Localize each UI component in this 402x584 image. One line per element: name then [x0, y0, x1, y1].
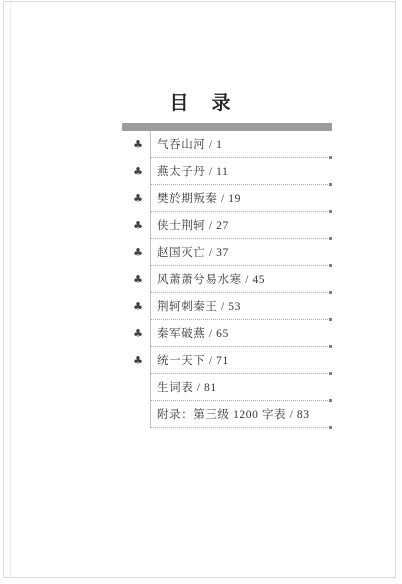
toc-entry-text: 气吞山河 / 1: [157, 131, 330, 158]
leader-end-dot: [329, 426, 332, 429]
club-bullet-icon: ♣: [130, 131, 146, 158]
club-bullet-icon: ♣: [130, 347, 146, 374]
toc-entry-text: 侠士荆轲 / 27: [157, 212, 330, 239]
club-bullet-icon: ♣: [130, 239, 146, 266]
toc-entry-text: 生词表 / 81: [157, 374, 330, 401]
page-title: 目 录: [0, 92, 402, 116]
toc-entry: ♣ 燕太子丹 / 11: [122, 158, 332, 185]
club-bullet-icon: ♣: [130, 212, 146, 239]
toc-entry: ♣ 风萧萧兮易水寒 / 45: [122, 266, 332, 293]
toc-entry-text: 燕太子丹 / 11: [157, 158, 330, 185]
toc-entry: ♣ 气吞山河 / 1: [122, 131, 332, 158]
toc-entry: 附录：第三级 1200 字表 / 83: [122, 401, 332, 428]
toc-entry-text: 附录：第三级 1200 字表 / 83: [157, 401, 330, 428]
toc-entry: ♣ 统一天下 / 71: [122, 347, 332, 374]
toc-entry: ♣ 荆轲刺秦王 / 53: [122, 293, 332, 320]
title-underline-bar: [122, 123, 332, 131]
toc-entry: ♣ 侠士荆轲 / 27: [122, 212, 332, 239]
scanned-page: 目 录 ♣ 气吞山河 / 1 ♣ 燕太子丹 / 11 ♣ 樊於期叛秦 / 19 …: [0, 0, 402, 584]
toc-entry-text: 樊於期叛秦 / 19: [157, 185, 330, 212]
club-bullet-icon: ♣: [130, 185, 146, 212]
toc-entry-text: 统一天下 / 71: [157, 347, 330, 374]
toc-entry-text: 赵国灭亡 / 37: [157, 239, 330, 266]
toc-entry: ♣ 秦军破燕 / 65: [122, 320, 332, 347]
dotted-leader: [151, 427, 330, 428]
club-bullet-icon: ♣: [130, 158, 146, 185]
toc-entry-text: 荆轲刺秦王 / 53: [157, 293, 330, 320]
scan-artifact-line: [10, 2, 11, 577]
club-bullet-icon: ♣: [130, 320, 146, 347]
toc-entry: 生词表 / 81: [122, 374, 332, 401]
toc-entry: ♣ 赵国灭亡 / 37: [122, 239, 332, 266]
toc-entry-text: 秦军破燕 / 65: [157, 320, 330, 347]
toc-entry-text: 风萧萧兮易水寒 / 45: [157, 266, 330, 293]
toc-list: ♣ 气吞山河 / 1 ♣ 燕太子丹 / 11 ♣ 樊於期叛秦 / 19 ♣ 侠士…: [122, 131, 332, 428]
toc-entry: ♣ 樊於期叛秦 / 19: [122, 185, 332, 212]
club-bullet-icon: ♣: [130, 266, 146, 293]
club-bullet-icon: ♣: [130, 293, 146, 320]
